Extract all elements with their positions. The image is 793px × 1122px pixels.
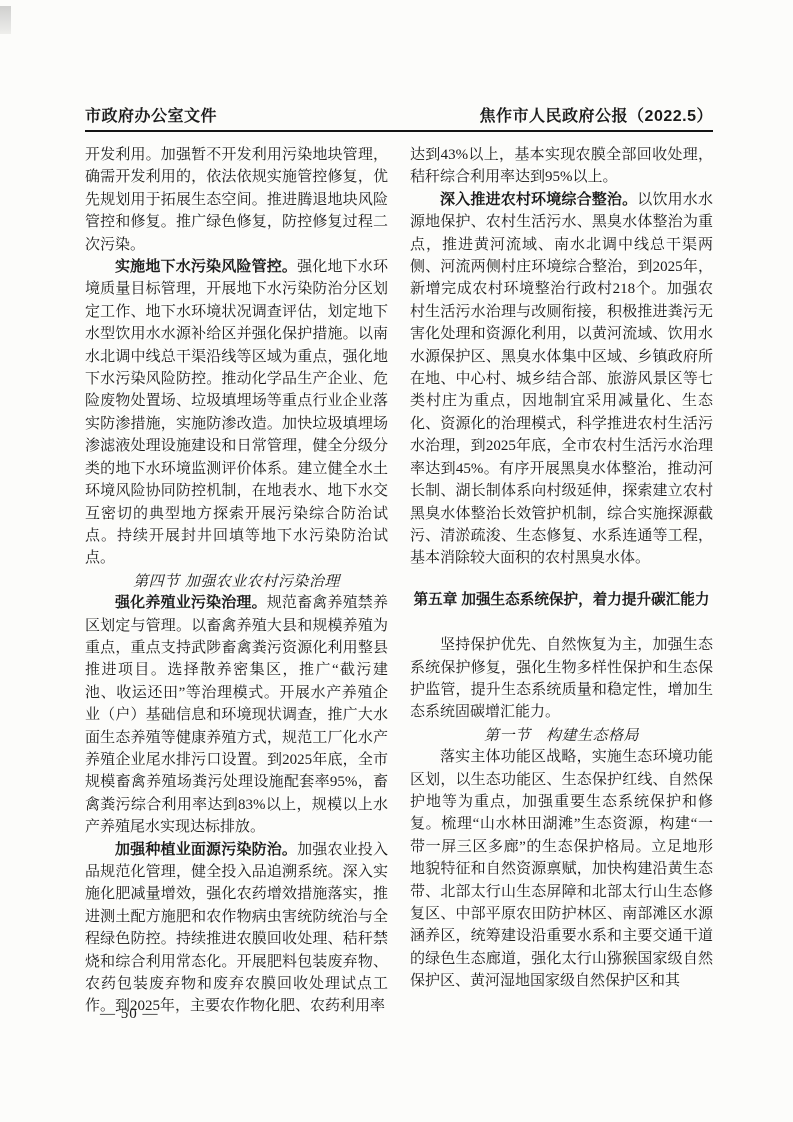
section-heading: 第四节 加强农业农村污染治理 [85,570,388,592]
header-rule [85,130,713,132]
chapter-heading: 第五章 加强生态系统保护，着力提升碳汇能力 [410,589,713,611]
paragraph-text: 开发利用。加强暂不开发利用污染地块管理，确需开发利用的，依法依规实施管控修复，优… [85,147,388,253]
paragraph-lead: 加强种植业面源污染防治。 [115,841,297,858]
scan-artifact [0,6,11,34]
paragraph-text: 强化地下水环境质量目标管理，开展地下水污染防治分区划定工作、地下水环境状况调查评… [85,259,388,566]
paragraph-text: 加强农业投入品规范化管理，健全投入品追溯系统。深入实施化肥减量增效，强化农药增效… [85,842,388,1015]
paragraph-text: 以饮用水水源地保护、农村生活污水、黑臭水体整治为重点，推进黄河流域、南水北调中线… [410,192,713,567]
section-heading: 第一节 构建生态格局 [410,724,713,746]
paragraph-text: 规范畜禽养殖禁养区划定与管理。以畜禽养殖大县和规模养殖为重点，重点支持武陟畜禽粪… [85,595,388,835]
paragraph: 强化养殖业污染治理。规范畜禽养殖禁养区划定与管理。以畜禽养殖大县和规模养殖为重点… [85,592,388,838]
content-columns: 开发利用。加强暂不开发利用污染地块管理，确需开发利用的，依法依规实施管控修复，优… [85,144,713,1018]
paragraph-text: 达到43%以上，基本实现农膜全部回收处理，秸秆综合利用率达到95%以上。 [410,147,713,185]
paragraph: 实施地下水污染风险管控。强化地下水环境质量目标管理，开展地下水污染防治分区划定工… [85,256,388,570]
right-column: 达到43%以上，基本实现农膜全部回收处理，秸秆综合利用率达到95%以上。深入推进… [410,144,713,1018]
paragraph: 坚持保护优先、自然恢复为主，加强生态系统保护修复，强化生物多样性保护和生态保护监… [410,634,713,724]
header-right-title: 焦作市人民政府公报（2022.5） [480,103,713,126]
paragraph-lead: 强化养殖业污染治理。 [115,594,267,611]
gazette-page: 市政府办公室文件 焦作市人民政府公报（2022.5） 开发利用。加强暂不开发利用… [0,0,793,1122]
paragraph: 达到43%以上，基本实现农膜全部回收处理，秸秆综合利用率达到95%以上。 [410,144,713,189]
page-number: — 50 — [100,1006,159,1023]
paragraph: 加强种植业面源污染防治。加强农业投入品规范化管理，健全投入品追溯系统。深入实施化… [85,839,388,1018]
paragraph: 落实主体功能区战略，实施生态环境功能区划，以生态功能区、生态保护红线、自然保护地… [410,746,713,992]
left-column: 开发利用。加强暂不开发利用污染地块管理，确需开发利用的，依法依规实施管控修复，优… [85,144,388,1018]
paragraph-text: 落实主体功能区战略，实施生态环境功能区划，以生态功能区、生态保护红线、自然保护地… [410,749,713,989]
paragraph-lead: 深入推进农村环境综合整治。 [440,191,637,208]
header-left-title: 市政府办公室文件 [85,103,217,126]
paragraph: 深入推进农村环境综合整治。以饮用水水源地保护、农村生活污水、黑臭水体整治为重点，… [410,189,713,570]
page-header: 市政府办公室文件 焦作市人民政府公报（2022.5） [85,103,713,126]
paragraph: 开发利用。加强暂不开发利用污染地块管理，确需开发利用的，依法依规实施管控修复，优… [85,144,388,256]
paragraph-text: 坚持保护优先、自然恢复为主，加强生态系统保护修复，强化生物多样性保护和生态保护监… [410,637,713,720]
paragraph-lead: 实施地下水污染风险管控。 [115,258,297,275]
